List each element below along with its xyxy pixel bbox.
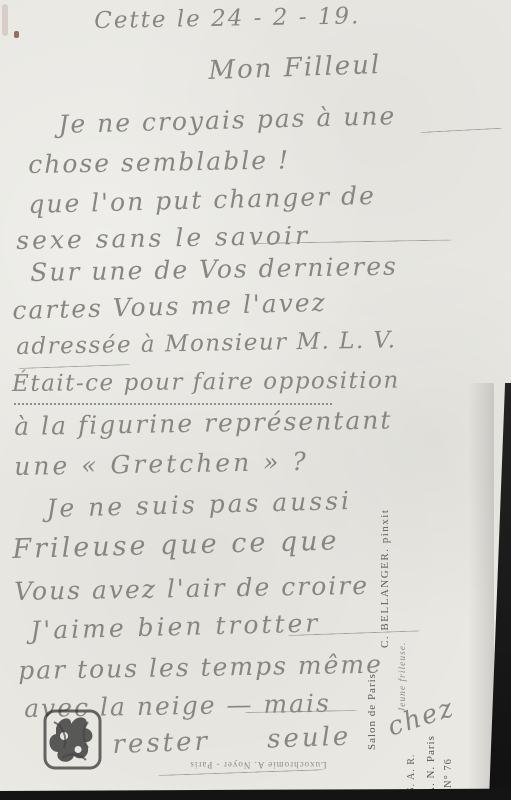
underline-stroke <box>158 769 324 776</box>
handwriting-line: Sur une de Vos dernieres <box>30 252 398 287</box>
handwriting-line: cartes Vous me l'avez <box>12 288 327 325</box>
bottom-imprint-text: Luxochromie A. Noyer - Paris <box>168 760 348 770</box>
dotted-divider-line <box>14 403 332 405</box>
handwriting-line: que l'on put changer de <box>28 181 376 219</box>
handwriting-line: J'aime bien trotter <box>30 608 321 645</box>
handwriting-line: rester seule <box>112 722 352 760</box>
flourish-stroke <box>420 128 502 133</box>
scan-bottom-band <box>0 788 511 800</box>
handwriting-line: Frileuse que ce que <box>12 525 340 565</box>
handwriting-line: sexe sans le savoir <box>16 221 310 255</box>
handwriting-line: Était-ce pour faire opposition <box>12 368 400 397</box>
publisher-mark-text: A. N. Paris <box>425 735 437 795</box>
publisher-stamp-icon <box>42 708 104 772</box>
handwriting-line: chez <box>384 693 458 743</box>
handwriting-line: une « Gretchen » ? <box>14 447 309 481</box>
handwriting-line: Vous avez l'air de croire <box>14 571 369 606</box>
date-line: Cette le 24 - 2 - 19. <box>94 3 361 34</box>
handwriting-line: par tous les temps même <box>18 650 383 685</box>
handwriting-line: Je ne croyais pas à une <box>58 101 397 139</box>
scan-smudge <box>2 4 8 36</box>
card-number-text: N° 76 <box>443 758 454 788</box>
scan-speck <box>14 31 19 38</box>
scan-edge-shadow <box>468 383 494 800</box>
salon-label-text: Salon de Paris <box>366 673 378 750</box>
series-initials-text: S. A. R. <box>406 754 417 793</box>
handwriting-line: adressée à Monsieur M. L. V. <box>16 327 397 360</box>
postcard-back-scan: Cette le 24 - 2 - 19. Mon Filleul Je ne … <box>0 0 511 800</box>
handwriting-line: chose semblable ! <box>28 145 290 179</box>
artist-credit-text: C. BELLANGER. pinxit <box>379 509 391 648</box>
salutation-line: Mon Filleul <box>208 50 382 86</box>
handwriting-line: à la figurine représentant <box>14 405 393 441</box>
handwriting-line: Je ne suis pas aussi <box>46 486 352 523</box>
underline-stroke <box>18 364 130 369</box>
artwork-title-text: Jeune frileuse. <box>398 642 408 712</box>
